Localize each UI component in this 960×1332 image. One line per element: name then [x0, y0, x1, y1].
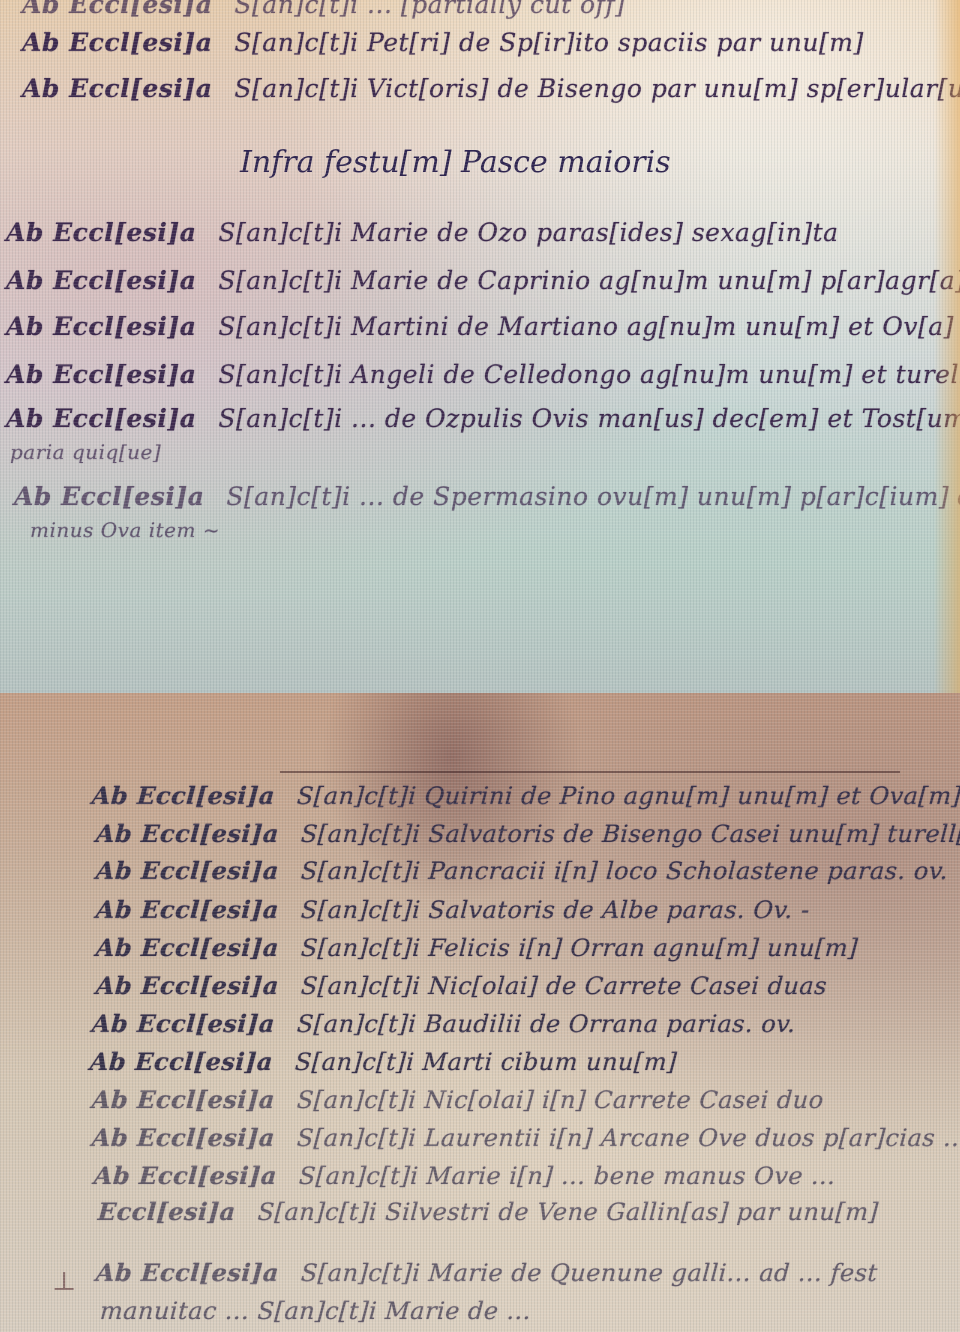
line-text: S[an]c[t]i Martini de Martiano ag[nu]m u… [218, 312, 953, 341]
line-prefix: Ab Eccl[esi]a [91, 1123, 276, 1152]
line-prefix: Ab Eccl[esi]a [6, 218, 196, 247]
manuscript-line: Ab Eccl[esi]aS[an]c[t]i Pet[ri] de Sp[ir… [22, 28, 864, 57]
manuscript-line: Ab Eccl[esi]aS[an]c[t]i ... de Ozpulis O… [6, 404, 960, 433]
manuscript-line: manuitac ... S[an]c[t]i Marie de ... [99, 1297, 532, 1325]
manuscript-line: Ab Eccl[esi]aS[an]c[t]i Felicis i[n] Orr… [95, 933, 859, 962]
manuscript-line: Ab Eccl[esi]aS[an]c[t]i Marie de Caprini… [6, 266, 960, 295]
line-prefix: Ab Eccl[esi]a [91, 1085, 276, 1114]
line-text: S[an]c[t]i Angeli de Celledongo ag[nu]m … [218, 360, 960, 389]
line-prefix: Ab Eccl[esi]a [95, 819, 280, 848]
section-heading: Infra festu[m] Pasce maioris [240, 145, 671, 180]
manuscript-line: Ab Eccl[esi]aS[an]c[t]i Laurentii i[n] A… [91, 1123, 960, 1152]
manuscript-line: Ab Eccl[esi]aS[an]c[t]i Marti cibum unu[… [89, 1047, 678, 1076]
line-text: S[an]c[t]i Marie i[n] ... bene manus Ove… [298, 1162, 837, 1190]
line-text: S[an]c[t]i Marie de Ozo paras[ides] sexa… [218, 218, 838, 247]
line-prefix: Ab Eccl[esi]a [89, 1047, 274, 1076]
manuscript-line: Eccl[esi]aS[an]c[t]i Silvestri de Vene G… [97, 1197, 880, 1226]
line-prefix: Ab Eccl[esi]a [22, 74, 212, 103]
line-text: minus Ova item ~ [30, 518, 220, 542]
line-text: S[an]c[t]i ... de Spermasino ovu[m] unu[… [226, 482, 960, 511]
line-text: S[an]c[t]i Marie de Caprinio ag[nu]m unu… [218, 266, 960, 295]
line-text: paria quiq[ue] [10, 440, 161, 464]
line-prefix: Ab Eccl[esi]a [95, 933, 280, 962]
manuscript-line: Ab Eccl[esi]aS[an]c[t]i Salvatoris de Bi… [95, 819, 960, 848]
line-text: S[an]c[t]i Pancracii i[n] loco Scholaste… [300, 857, 949, 885]
manuscript-fragment-top: Ab Eccl[esi]aS[an]c[t]i ... [partially c… [0, 0, 960, 693]
line-text: S[an]c[t]i ... de Ozpulis Ovis man[us] d… [218, 404, 960, 433]
line-text: S[an]c[t]i Silvestri de Vene Gallin[as] … [257, 1198, 880, 1226]
manuscript-line: Ab Eccl[esi]aS[an]c[t]i Marie de Quenune… [95, 1258, 879, 1287]
line-text: S[an]c[t]i Quirini de Pino agnu[m] unu[m… [296, 782, 960, 810]
manuscript-line: Ab Eccl[esi]aS[an]c[t]i ... de Spermasin… [14, 482, 960, 511]
manuscript-line: Ab Eccl[esi]aS[an]c[t]i Baudilii de Orra… [91, 1009, 797, 1038]
line-prefix: Ab Eccl[esi]a [6, 266, 196, 295]
manuscript-line: Ab Eccl[esi]aS[an]c[t]i Angeli de Celled… [6, 360, 960, 389]
manuscript-line: Ab Eccl[esi]aS[an]c[t]i ... [partially c… [22, 0, 625, 19]
line-prefix: Ab Eccl[esi]a [14, 482, 204, 511]
line-text: S[an]c[t]i Salvatoris de Bisengo Casei u… [300, 820, 960, 848]
manuscript-line: Ab Eccl[esi]aS[an]c[t]i Vict[oris] de Bi… [22, 74, 960, 103]
line-prefix: Ab Eccl[esi]a [22, 28, 212, 57]
line-prefix: Ab Eccl[esi]a [6, 404, 196, 433]
manuscript-line: Ab Eccl[esi]aS[an]c[t]i Marie de Ozo par… [6, 218, 839, 247]
manuscript-line: Ab Eccl[esi]aS[an]c[t]i Pancracii i[n] l… [95, 856, 949, 885]
line-prefix: Ab Eccl[esi]a [95, 971, 280, 1000]
manuscript-line: Ab Eccl[esi]aS[an]c[t]i Martini de Marti… [6, 312, 954, 341]
line-text: S[an]c[t]i Pet[ri] de Sp[ir]ito spaciis … [234, 28, 863, 57]
line-prefix: Ab Eccl[esi]a [22, 0, 212, 19]
ruled-line [280, 771, 900, 773]
manuscript-line: paria quiq[ue] [10, 440, 161, 464]
line-prefix: Ab Eccl[esi]a [95, 856, 280, 885]
line-prefix: Ab Eccl[esi]a [95, 895, 280, 924]
line-prefix: Eccl[esi]a [97, 1197, 237, 1226]
line-prefix: Ab Eccl[esi]a [95, 1258, 280, 1287]
manuscript-line: Ab Eccl[esi]aS[an]c[t]i Nic[olai] i[n] C… [91, 1085, 825, 1114]
line-prefix: Ab Eccl[esi]a [6, 312, 196, 341]
line-prefix: Ab Eccl[esi]a [93, 1161, 278, 1190]
manuscript-line: Ab Eccl[esi]aS[an]c[t]i Salvatoris de Al… [95, 895, 811, 924]
margin-mark: ⊥ [52, 1267, 76, 1297]
line-text: S[an]c[t]i Nic[olai] de Carrete Casei du… [300, 972, 828, 1000]
line-prefix: Ab Eccl[esi]a [91, 781, 276, 810]
line-text: S[an]c[t]i Marie de Quenune galli... ad … [300, 1259, 879, 1287]
line-text: S[an]c[t]i Marti cibum unu[m] [294, 1048, 678, 1076]
line-prefix: Ab Eccl[esi]a [91, 1009, 276, 1038]
line-text: S[an]c[t]i Laurentii i[n] Arcane Ove duo… [296, 1124, 960, 1152]
line-text: S[an]c[t]i Nic[olai] i[n] Carrete Casei … [296, 1086, 825, 1114]
manuscript-fragment-bottom: Ab Eccl[esi]aS[an]c[t]i Quirini de Pino … [0, 693, 960, 1332]
line-text: S[an]c[t]i Felicis i[n] Orran agnu[m] un… [300, 934, 859, 962]
screen-moire-overlay [0, 0, 960, 693]
manuscript-line: minus Ova item ~ [30, 518, 220, 542]
manuscript-line: Ab Eccl[esi]aS[an]c[t]i Quirini de Pino … [91, 781, 960, 810]
line-text: S[an]c[t]i Salvatoris de Albe paras. Ov.… [300, 896, 811, 924]
line-text: manuitac ... S[an]c[t]i Marie de ... [99, 1297, 532, 1325]
line-prefix: Ab Eccl[esi]a [6, 360, 196, 389]
line-text: S[an]c[t]i ... [partially cut off] [234, 0, 625, 19]
manuscript-line: Ab Eccl[esi]aS[an]c[t]i Nic[olai] de Car… [95, 971, 828, 1000]
line-text: S[an]c[t]i Baudilii de Orrana parias. ov… [296, 1010, 797, 1038]
line-text: S[an]c[t]i Vict[oris] de Bisengo par unu… [234, 74, 960, 103]
manuscript-line: Ab Eccl[esi]aS[an]c[t]i Marie i[n] ... b… [93, 1161, 837, 1190]
